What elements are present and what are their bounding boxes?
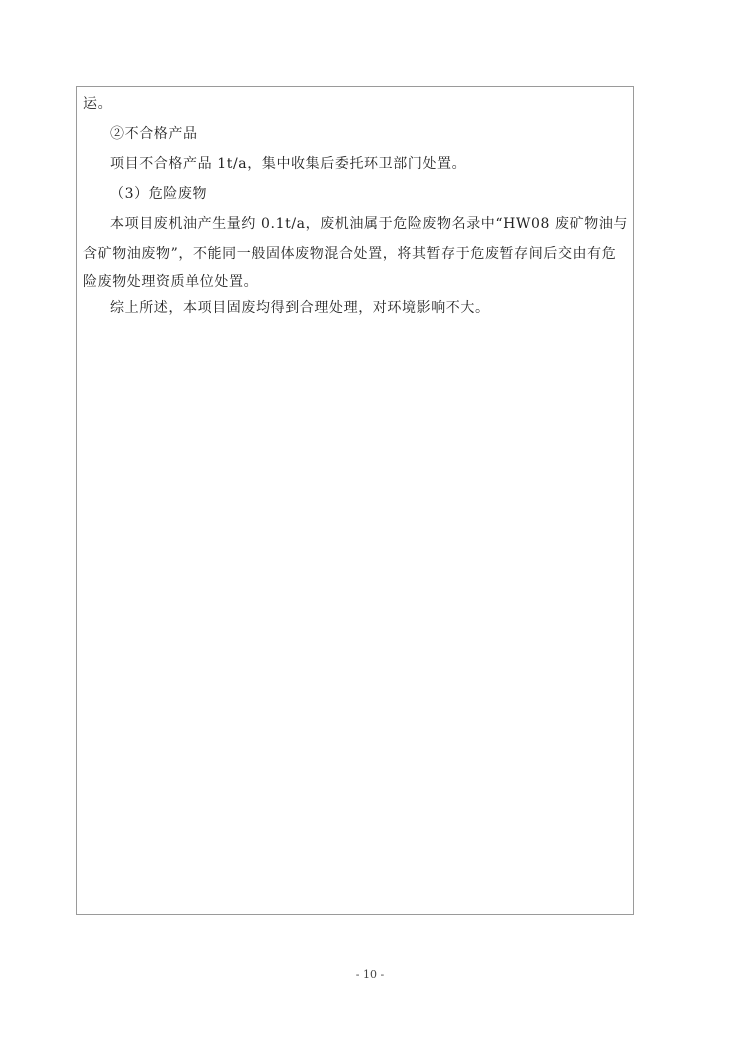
paragraph-summary: 综上所述，本项目固废均得到合理处理，对环境影响不大。 — [110, 298, 490, 318]
paragraph-unqualified-products: 项目不合格产品 1t/a，集中收集后委托环卫部门处置。 — [110, 154, 466, 174]
heading-hazardous-waste: （3）危险废物 — [110, 184, 207, 204]
content-box — [76, 86, 634, 915]
page-number: - 10 - — [0, 968, 740, 981]
paragraph-hazardous-waste-line1: 本项目废机油产生量约 0.1t/a，废机油属于危险废物名录中“HW08 废矿物油… — [110, 214, 628, 234]
paragraph-hazardous-waste-line3: 险废物处理资质单位处置。 — [83, 272, 258, 292]
heading-unqualified-products: ②不合格产品 — [110, 124, 198, 144]
paragraph-hazardous-waste-line2: 含矿物油废物”，不能同一般固体废物混合处置，将其暂存于危废暂存间后交由有危 — [83, 244, 616, 264]
text-line-continuation: 运。 — [83, 94, 112, 114]
